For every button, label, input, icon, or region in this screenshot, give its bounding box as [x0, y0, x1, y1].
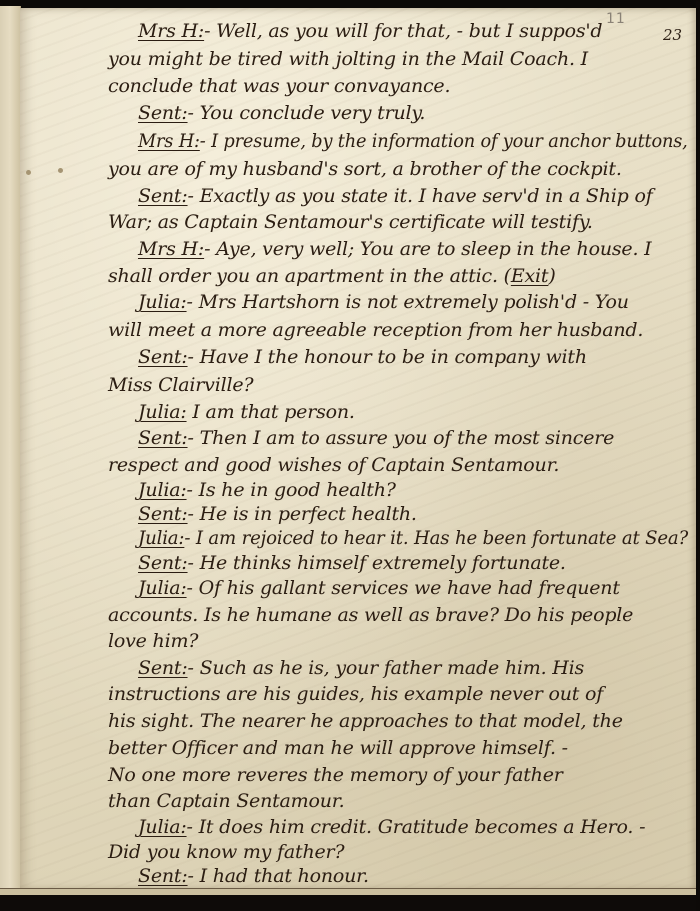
speaker-label: Sent:: [138, 346, 188, 368]
manuscript-line: conclude that was your convayance.: [108, 75, 450, 97]
binding-hole: [26, 170, 31, 175]
speaker-label: Mrs H:: [138, 130, 200, 152]
speaker-label: Sent:: [138, 657, 188, 679]
manuscript-line: Julia: I am that person.: [138, 401, 355, 423]
manuscript-line: love him?: [108, 630, 198, 652]
line-text: - Mrs Hartshorn is not extremely polish'…: [187, 291, 629, 313]
speaker-label: Julia:: [138, 401, 187, 423]
manuscript-line: Sent:- Then I am to assure you of the mo…: [138, 427, 614, 449]
speaker-label: Sent:: [138, 102, 188, 124]
manuscript-line: Sent:- He thinks himself extremely fortu…: [138, 552, 566, 574]
stage-direction-close: ): [548, 265, 555, 287]
line-text: will meet a more agreeable reception fro…: [108, 319, 643, 341]
left-page-leaf: [0, 6, 21, 896]
speaker-label: Mrs H:: [138, 238, 204, 260]
speaker-label: Julia:: [138, 479, 187, 501]
manuscript-line: shall order you an apartment in the atti…: [108, 265, 556, 287]
speaker-label: Julia:: [138, 527, 184, 549]
manuscript-line: instructions are his guides, his example…: [108, 683, 603, 705]
line-text: - Such as he is, your father made him. H…: [188, 657, 585, 679]
manuscript-line: his sight. The nearer he approaches to t…: [108, 710, 623, 732]
manuscript-line: Sent:- You conclude very truly.: [138, 102, 425, 124]
binding-hole: [58, 168, 63, 173]
line-text: - Have I the honour to be in company wit…: [188, 346, 587, 368]
manuscript-line: Sent:- I had that honour.: [138, 865, 369, 887]
manuscript-line: Sent:- Have I the honour to be in compan…: [138, 346, 587, 368]
line-text: Did you know my father?: [108, 841, 344, 863]
line-text: instructions are his guides, his example…: [108, 683, 603, 705]
line-text: than Captain Sentamour.: [108, 790, 344, 812]
line-text: you might be tired with jolting in the M…: [108, 48, 588, 70]
stage-direction: Exit: [511, 265, 549, 287]
line-text: - Aye, very well; You are to sleep in th…: [204, 238, 651, 260]
speaker-label: Sent:: [138, 185, 188, 207]
speaker-label: Mrs H:: [138, 20, 204, 42]
manuscript-line: Mrs H:- Well, as you will for that, - bu…: [138, 20, 602, 42]
line-text: - You conclude very truly.: [188, 102, 426, 124]
manuscript-line: Did you know my father?: [108, 841, 344, 863]
speaker-label: Sent:: [138, 552, 188, 574]
line-text: - Of his gallant services we have had fr…: [187, 577, 620, 599]
manuscript-line: Julia:- I am rejoiced to hear it. Has he…: [138, 527, 688, 549]
speaker-label: Sent:: [138, 865, 188, 887]
speaker-label: Julia:: [138, 577, 187, 599]
speaker-label: Sent:: [138, 503, 188, 525]
line-text: better Officer and man he will approve h…: [108, 737, 568, 759]
manuscript-line: Julia:- It does him credit. Gratitude be…: [138, 816, 645, 838]
line-text: - He thinks himself extremely fortunate.: [188, 552, 566, 574]
line-text: accounts. Is he humane as well as brave?…: [108, 604, 633, 626]
line-text: shall order you an apartment in the atti…: [108, 265, 511, 287]
line-text: No one more reveres the memory of your f…: [108, 764, 563, 786]
right-shadow: [696, 0, 700, 911]
manuscript-line: No one more reveres the memory of your f…: [108, 764, 563, 786]
manuscript-line: you might be tired with jolting in the M…: [108, 48, 588, 70]
line-text: War; as Captain Sentamour's certificate …: [108, 211, 593, 233]
binding-holes: [26, 168, 66, 180]
speaker-label: Julia:: [138, 816, 187, 838]
pencil-mark: 11: [606, 11, 626, 27]
line-text: Miss Clairville?: [108, 374, 253, 396]
line-text: - I presume, by the information of your …: [200, 130, 688, 152]
manuscript-line: Julia:- Mrs Hartshorn is not extremely p…: [138, 291, 629, 313]
line-text: - I am rejoiced to hear it. Has he been …: [184, 527, 688, 549]
manuscript-line: better Officer and man he will approve h…: [108, 737, 568, 759]
manuscript-line: accounts. Is he humane as well as brave?…: [108, 604, 633, 626]
manuscript-line: will meet a more agreeable reception fro…: [108, 319, 643, 341]
line-text: - It does him credit. Gratitude becomes …: [187, 816, 646, 838]
manuscript-line: War; as Captain Sentamour's certificate …: [108, 211, 593, 233]
manuscript-line: Mrs H:- I presume, by the information of…: [138, 130, 688, 152]
manuscript-line: Sent:- He is in perfect health.: [138, 503, 417, 525]
manuscript-line: Julia:- Of his gallant services we have …: [138, 577, 620, 599]
manuscript-line: Julia:- Is he in good health?: [138, 479, 396, 501]
line-text: - Is he in good health?: [187, 479, 396, 501]
manuscript-line: respect and good wishes of Captain Senta…: [108, 454, 559, 476]
top-edge-shadow: [0, 0, 700, 8]
line-text: conclude that was your convayance.: [108, 75, 450, 97]
line-text: love him?: [108, 630, 198, 652]
line-text: I am that person.: [187, 401, 355, 423]
manuscript-line: Miss Clairville?: [108, 374, 253, 396]
line-text: - He is in perfect health.: [188, 503, 417, 525]
line-text: - Then I am to assure you of the most si…: [188, 427, 615, 449]
speaker-label: Julia:: [138, 291, 187, 313]
line-text: respect and good wishes of Captain Senta…: [108, 454, 559, 476]
folio-number: 23: [663, 26, 682, 44]
manuscript-line: than Captain Sentamour.: [108, 790, 344, 812]
manuscript-line: Sent:- Such as he is, your father made h…: [138, 657, 584, 679]
line-text: - Exactly as you state it. I have serv'd…: [188, 185, 653, 207]
line-text: - I had that honour.: [188, 865, 369, 887]
speaker-label: Sent:: [138, 427, 188, 449]
manuscript-line: Sent:- Exactly as you state it. I have s…: [138, 185, 653, 207]
line-text: you are of my husband's sort, a brother …: [108, 158, 622, 180]
line-text: - Well, as you will for that, - but I su…: [204, 20, 602, 42]
bottom-shadow: [0, 895, 700, 911]
manuscript-line: you are of my husband's sort, a brother …: [108, 158, 622, 180]
manuscript-line: Mrs H:- Aye, very well; You are to sleep…: [138, 238, 651, 260]
line-text: his sight. The nearer he approaches to t…: [108, 710, 623, 732]
